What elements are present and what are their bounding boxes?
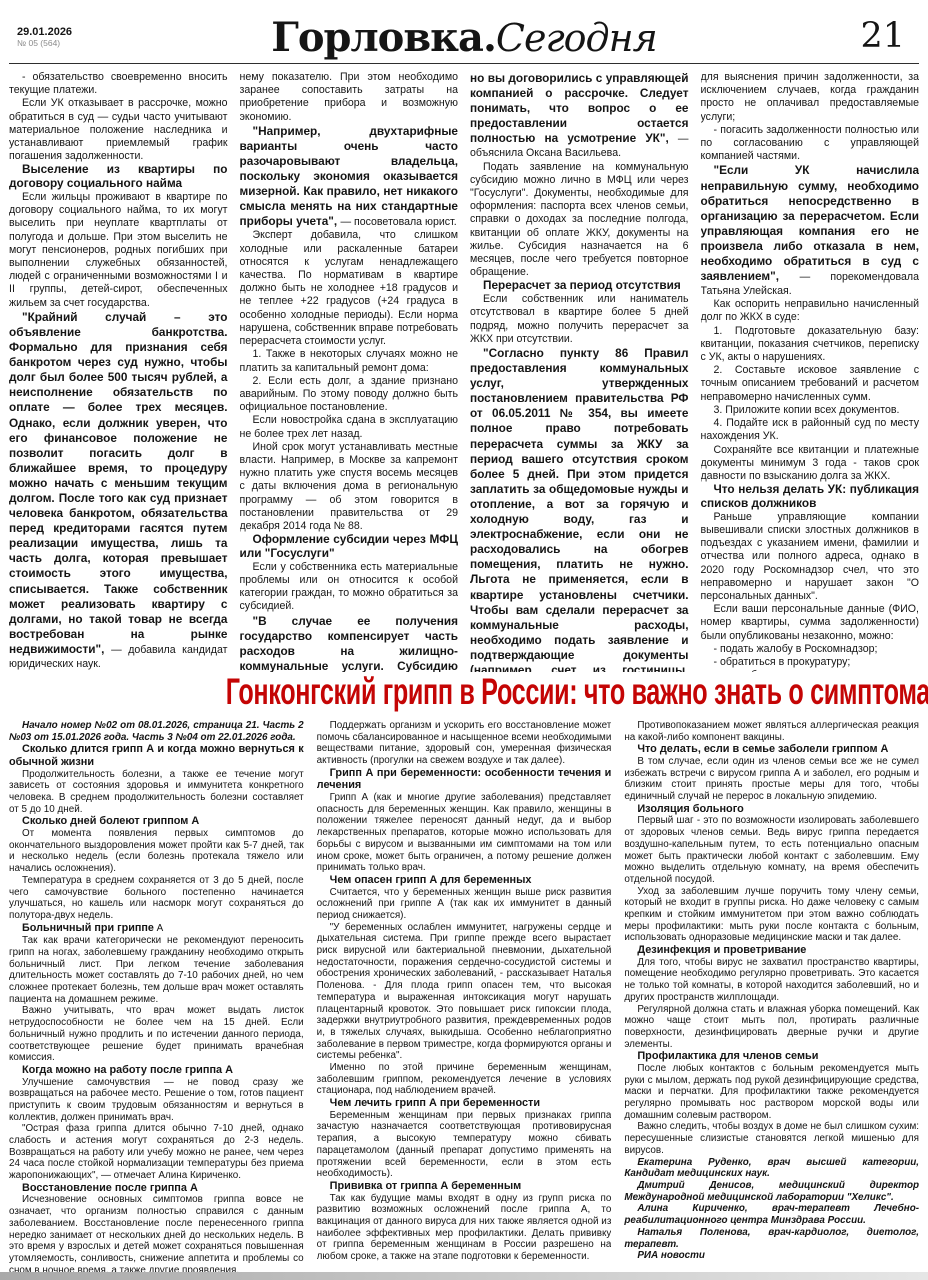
paragraph: Исчезновение основных симптомов гриппа в…: [9, 1194, 304, 1273]
article2-column-1: Начало номер №02 от 08.01.2026, страница…: [9, 720, 304, 1273]
text-run: "Например, двухтарифные варианты очень ч…: [240, 124, 459, 229]
paragraph: Важно следить, чтобы воздух в доме не бы…: [624, 1121, 919, 1156]
article1-column-4: для выяснения причин задолженности, за и…: [701, 71, 920, 672]
paragraph: 1. Подготовьте доказательную базу: квита…: [701, 325, 920, 365]
paragraph: Продолжительность болезни, а также ее те…: [9, 769, 304, 816]
text-run: "Если УК начислила неправильную сумму, н…: [701, 163, 920, 283]
article-utilities-debt: - обязательство своевременно вносить тек…: [9, 71, 919, 672]
paragraph: Уход за заболевшим лучше поручить тому ч…: [624, 886, 919, 945]
paragraph: "Острая фаза гриппа длится обычно 7-10 д…: [9, 1123, 304, 1182]
paragraph: Первый шаг - это по возможности изолиров…: [624, 815, 919, 885]
paragraph: Раньше управляющие компании вывешивали с…: [701, 511, 920, 603]
byline: Екатерина Руденко, врач высшей категории…: [624, 1157, 919, 1180]
subheading: Изоляция больного: [624, 803, 919, 816]
paragraph: "Крайний случай – это объявление банкрот…: [9, 310, 228, 671]
text-run: Больничный при гриппе: [22, 922, 154, 934]
paragraph: "У беременных ослаблен иммунитет, нагруж…: [317, 922, 612, 1062]
paragraph: "Если УК начислила неправильную сумму, н…: [701, 163, 920, 298]
masthead: Горловка.Сегодня: [9, 14, 919, 61]
page-header: 29.01.2026 № 05 (564) Горловка.Сегодня 2…: [9, 14, 919, 62]
paragraph: 3. Приложите копии всех документов.: [701, 404, 920, 417]
subheading: Профилактика для членов семьи: [624, 1050, 919, 1063]
subheading: Что делать, если в семье заболели гриппо…: [624, 743, 919, 756]
page-number: 21: [860, 16, 905, 56]
subheading: Сколько длится грипп А и когда можно вер…: [9, 743, 304, 768]
subheading: Прививка от гриппа А беременным: [317, 1180, 612, 1193]
paragraph: Если собственник или наниматель отсутств…: [470, 293, 689, 346]
paragraph: После любых контактов с больным рекоменд…: [624, 1063, 919, 1122]
text-run: "Крайний случай – это объявление банкрот…: [9, 310, 228, 656]
paragraph: Грипп А (как и многие другие заболевания…: [317, 792, 612, 874]
paragraph: - обязательство своевременно вносить тек…: [9, 71, 228, 97]
paragraph: Регулярной должна стать и влажная уборка…: [624, 1004, 919, 1051]
paragraph: Если жильцы проживают в квартире по дого…: [9, 191, 228, 310]
subheading: Что нельзя делать УК: публикация списков…: [701, 483, 920, 511]
paragraph: Иной срок могут устанавливать местные вл…: [240, 441, 459, 533]
paragraph: Поддержать организм и ускорить его восст…: [317, 720, 612, 767]
paragraph: Для того, чтобы вирус не захватил простр…: [624, 957, 919, 1004]
header-rule: [9, 63, 919, 64]
paragraph: Если у собственника есть материальные пр…: [240, 561, 459, 614]
paragraph: - обратиться в прокуратуру;: [701, 656, 920, 669]
subheading: Когда можно на работу после гриппа А: [9, 1064, 304, 1077]
byline: Дмитрий Денисов, медицинский директор Ме…: [624, 1180, 919, 1203]
subheading: Дезинфекция и проветривание: [624, 944, 919, 957]
subheading: Оформление субсидии через МФЦ или "Госус…: [240, 533, 459, 561]
text-run: — посоветовала юрист.: [340, 216, 456, 228]
paragraph: Как оспорить неправильно начисленный дол…: [701, 298, 920, 324]
subheading: Восстановление после гриппа А: [9, 1182, 304, 1195]
article2-headline-row: Гонконгский грипп в России: что важно зн…: [0, 671, 928, 713]
text-run: А: [154, 923, 163, 934]
newspaper-page: 29.01.2026 № 05 (564) Горловка.Сегодня 2…: [0, 0, 928, 1280]
subheading: Сколько дней болеют гриппом А: [9, 815, 304, 828]
text-run: "Согласно пункту 86 Правил предоставлени…: [470, 346, 689, 672]
subheading: Больничный при гриппе А: [9, 922, 304, 936]
paragraph: Именно по этой причине беременным женщин…: [317, 1062, 612, 1097]
paragraph: От момента появления первых симптомов до…: [9, 828, 304, 875]
masthead-subtitle: Сегодня: [496, 16, 657, 60]
article1-column-3: но вы договорились с управляющей компани…: [470, 71, 689, 672]
article-flu: Начало номер №02 от 08.01.2026, страница…: [9, 720, 919, 1273]
article2-column-2: Поддержать организм и ускорить его восст…: [317, 720, 612, 1273]
paragraph: Так как врачи категорически не рекоменду…: [9, 935, 304, 1005]
page-bottom-edge: [0, 1272, 928, 1280]
paragraph: Сохраняйте все квитанции и платежные док…: [701, 444, 920, 484]
paragraph: Если ваши персональные данные (ФИО, номе…: [701, 603, 920, 643]
paragraph: Эксперт добавила, что слишком холодные и…: [240, 229, 459, 348]
article1-column-1: - обязательство своевременно вносить тек…: [9, 71, 228, 672]
paragraph: В том случае, если один из членов семьи …: [624, 756, 919, 803]
byline: РИА новости: [624, 1250, 919, 1262]
byline: Алина Кириченко, врач-терапевт Лечебно-р…: [624, 1203, 919, 1226]
paragraph: "В случае ее получения государство компе…: [240, 614, 459, 672]
subheading: Грипп А при беременности: особенности те…: [317, 767, 612, 792]
paragraph: Так как будущие мамы входят в одну из гр…: [317, 1193, 612, 1263]
paragraph: 1. Также в некоторых случаях можно не пл…: [240, 348, 459, 374]
paragraph: Если УК отказывает в рассрочке, можно об…: [9, 97, 228, 163]
subheading: Чем лечить грипп А при беременности: [317, 1097, 612, 1110]
paragraph: 4. Подайте иск в районный суд по месту н…: [701, 417, 920, 443]
text-run: "В случае ее получения государство компе…: [240, 614, 459, 672]
masthead-title: Горловка.: [271, 14, 496, 61]
paragraph: для выяснения причин задолженности, за и…: [701, 71, 920, 124]
subheading: Выселение из квартиры по договору социал…: [9, 163, 228, 191]
paragraph: 2. Составьте исковое заявление с точным …: [701, 364, 920, 404]
paragraph: Противопоказанием может являться аллерги…: [624, 720, 919, 743]
paragraph: Если новостройка сдана в эксплуатацию не…: [240, 414, 459, 440]
paragraph: Улучшение самочувствия — не повод сразу …: [9, 1077, 304, 1124]
paragraph: Подать заявление на коммунальную субсиди…: [470, 161, 689, 280]
byline: Наталья Поленова, врач-кардиолог, диетол…: [624, 1227, 919, 1250]
article1-column-2: нему показателю. При этом необходимо зар…: [240, 71, 459, 672]
paragraph: нему показателю. При этом необходимо зар…: [240, 71, 459, 124]
paragraph: 2. Если есть долг, а здание признано ава…: [240, 375, 459, 415]
paragraph: Важно учитывать, что врач может выдать л…: [9, 1005, 304, 1064]
paragraph: Беременным женщинам при первых признаках…: [317, 1110, 612, 1180]
paragraph: - погасить задолженности полностью или п…: [701, 124, 920, 164]
article2-column-3: Противопоказанием может являться аллерги…: [624, 720, 919, 1273]
paragraph: Температура в среднем сохраняется от 3 д…: [9, 875, 304, 922]
paragraph: - подать жалобу в Роскомнадзор;: [701, 643, 920, 656]
text-run: но вы договорились с управляющей компани…: [470, 71, 689, 145]
paragraph: "Согласно пункту 86 Правил предоставлени…: [470, 346, 689, 672]
subheading: Чем опасен грипп А для беременных: [317, 874, 612, 887]
paragraph: Считается, что у беременных женщин выше …: [317, 887, 612, 922]
byline: Начало номер №02 от 08.01.2026, страница…: [9, 720, 304, 743]
subheading: Перерасчет за период отсутствия: [470, 279, 689, 293]
paragraph: "Например, двухтарифные варианты очень ч…: [240, 124, 459, 230]
article2-headline: Гонконгский грипп в России: что важно зн…: [226, 671, 928, 713]
paragraph: но вы договорились с управляющей компани…: [470, 71, 689, 161]
